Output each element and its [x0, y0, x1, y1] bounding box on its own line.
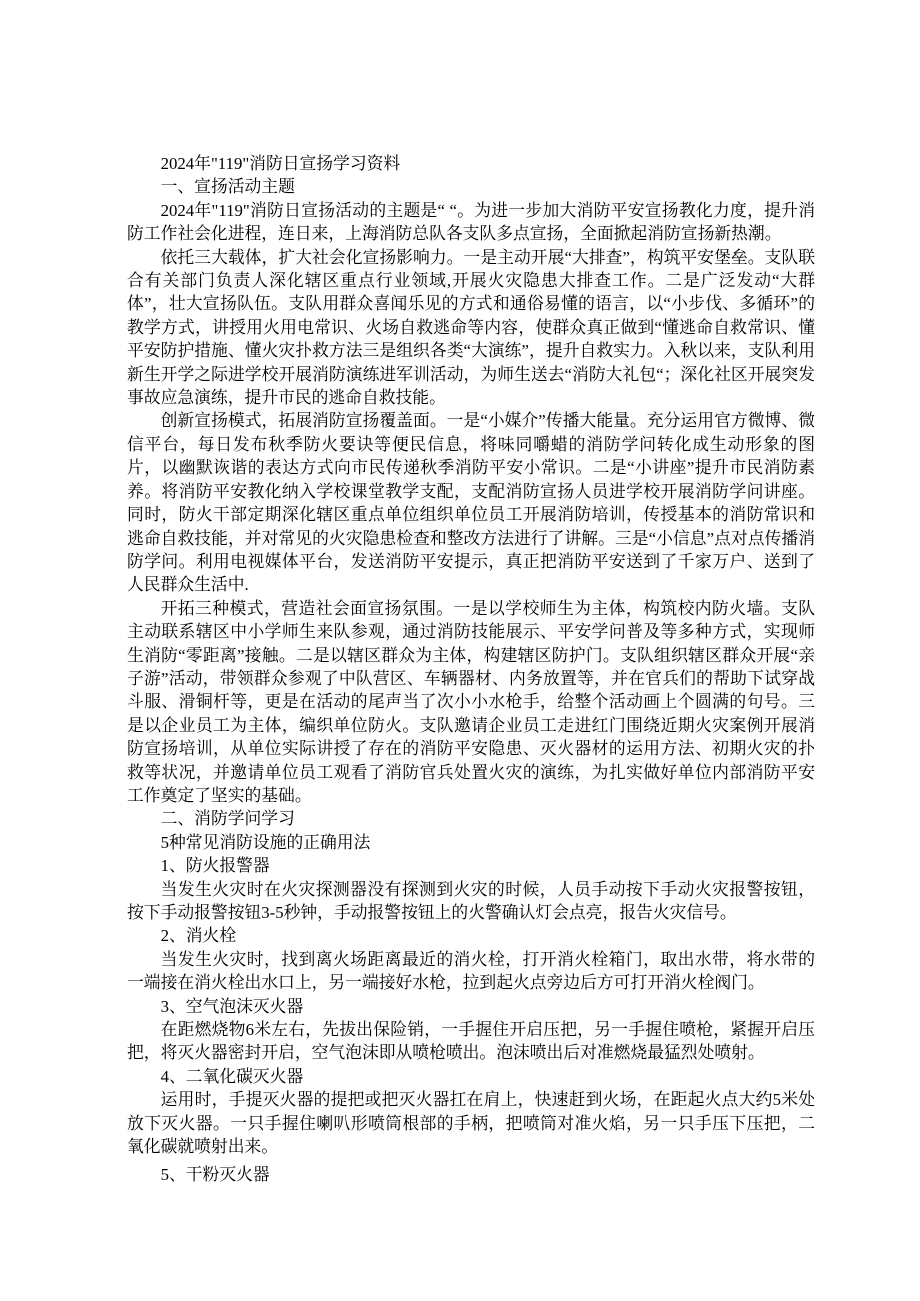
paragraph-innovation-modes: 创新宣扬模式，拓展消防宣扬覆盖面。一是“小媒介”传播大能量。充分运用官方微博、微… [127, 409, 815, 596]
item-hydrant-label: 2、消火栓 [127, 924, 815, 947]
section1-heading: 一、宣扬活动主题 [127, 175, 815, 198]
item-hydrant-body: 当发生火灾时，找到离火场距离最近的消火栓，打开消火栓箱门，取出水带，将水带的一端… [127, 948, 815, 995]
item-co2-extinguisher-body: 运用时，手提灭火器的提把或把灭火器扛在肩上，快速赶到火场，在距起火点大约5米处放… [127, 1088, 815, 1158]
section2-heading: 二、消防学问学习 [127, 807, 815, 830]
item-fire-alarm-body: 当发生火灾时在火灾探测器没有探测到火灾的时候，人员手动按下手动火灾报警按钮，按下… [127, 878, 815, 925]
item-foam-extinguisher-body: 在距燃烧物6米左右，先拔出保险销，一手握住开启压把，另一手握住喷枪，紧握开启压把… [127, 1018, 815, 1065]
section2-subheading: 5种常见消防设施的正确用法 [127, 831, 815, 854]
item-fire-alarm-label: 1、防火报警器 [127, 854, 815, 877]
paragraph-three-modes: 开拓三种模式，营造社会面宣扬氛围。一是以学校师生为主体，构筑校内防火墙。支队主动… [127, 597, 815, 808]
paragraph-three-carriers: 依托三大载体，扩大社会化宣扬影响力。一是主动开展“大排查”，构筑平安堡垒。支队联… [127, 246, 815, 410]
item-foam-extinguisher-label: 3、空气泡沫灭火器 [127, 995, 815, 1018]
item-dry-powder-extinguisher-label: 5、干粉灭火器 [127, 1163, 815, 1186]
paragraph-theme-intro: 2024年"119"消防日宣扬活动的主题是“ “。为进一步加大消防平安宣扬教化力… [127, 199, 815, 246]
document-title: 2024年"119"消防日宣扬学习资料 [127, 152, 815, 175]
item-co2-extinguisher-label: 4、二氧化碳灭火器 [127, 1065, 815, 1088]
document-page: 2024年"119"消防日宣扬学习资料 一、宣扬活动主题 2024年"119"消… [0, 0, 920, 1301]
